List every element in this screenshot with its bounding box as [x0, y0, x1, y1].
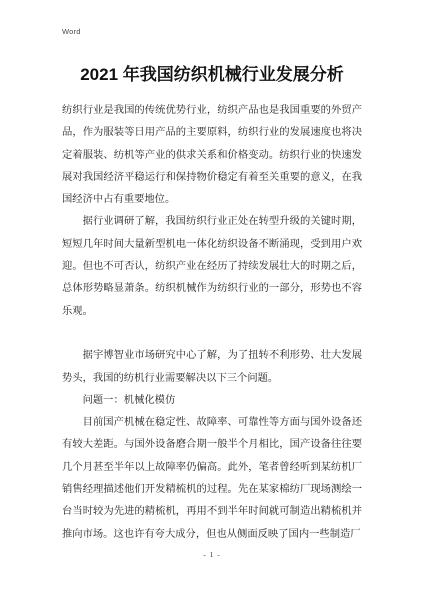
section-heading-problem-one: 问题一：机械化模仿 [62, 390, 362, 412]
paragraph-intro: 纺织行业是我国的传统优势行业，纺织产品也是我国重要的外贸产品，作为服装等日用产品… [62, 100, 362, 211]
page-number: - 1 - [0, 550, 424, 559]
word-watermark: Word [62, 27, 81, 36]
document-title: 2021 年我国纺织机械行业发展分析 [0, 62, 424, 88]
document-page: Word 2021 年我国纺织机械行业发展分析 纺织行业是我国的传统优势行业，纺… [0, 0, 424, 600]
paragraph-problem-one-body: 目前国产机械在稳定性、故障率、可靠性等方面与国外设备还有较大差距。与国外设备磨合… [62, 412, 362, 546]
blank-line-spacer [62, 323, 362, 345]
paragraph-research-center: 据宇博智业市场研究中心了解，为了扭转不利形势、壮大发展势头，我国的纺机行业需要解… [62, 345, 362, 390]
document-body: 纺织行业是我国的传统优势行业，纺织产品也是我国重要的外贸产品，作为服装等日用产品… [62, 100, 362, 546]
paragraph-industry-survey: 据行业调研了解，我国纺织行业正处在转型升级的关键时期，短短几年时间大量新型机电一… [62, 211, 362, 322]
